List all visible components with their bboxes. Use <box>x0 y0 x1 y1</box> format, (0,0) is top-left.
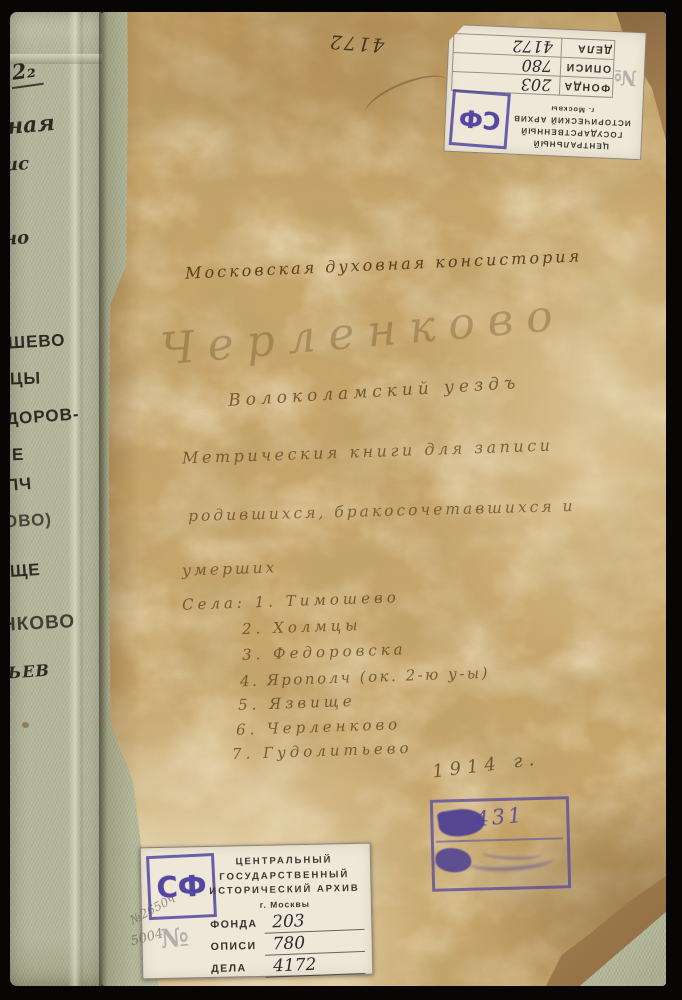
label-rows: ФОНДА 203 ОПИСИ 780 ДЕЛА 4172 <box>208 912 365 981</box>
spine-groove-shadow <box>99 12 108 986</box>
row-value: 4172 <box>454 35 561 55</box>
spine-village-fragment: ЬЕВ <box>10 661 51 683</box>
spine-script-fragment: ис <box>10 153 30 175</box>
row-label: ДЕЛА <box>209 959 265 978</box>
stamp-divider-line <box>436 837 563 842</box>
paper-marble-texture <box>102 12 666 986</box>
label-row: ОПИСИ 780 <box>209 934 365 956</box>
row-label: ФОНДА <box>559 77 613 97</box>
purple-box-stamp: 431 <box>430 796 571 892</box>
spine-village-fragment: Е <box>12 445 25 465</box>
inverted-file-number: 4172 <box>327 30 385 56</box>
row-value: 780 <box>264 933 365 956</box>
row-value: 780 <box>453 54 560 74</box>
number-sign: № <box>613 65 637 91</box>
stamp-handwritten-number: 431 <box>474 803 525 832</box>
book-spine: 2₂ ная ис но ШЕВО ЦЫ ДОРОВ- Е ПЧ ОВО) ЩЕ… <box>10 12 102 986</box>
row-label: ОПИСИ <box>209 937 265 956</box>
front-cover: 4172 Московская духовная консистория Чер… <box>102 12 666 986</box>
spine-village-fragment: НКОВО <box>10 611 76 637</box>
spine-village-fragment: ПЧ <box>10 474 33 496</box>
spine-script-fragment: но <box>10 227 30 250</box>
scanned-book-cover: 2₂ ная ис но ШЕВО ЦЫ ДОРОВ- Е ПЧ ОВО) ЩЕ… <box>0 0 682 1000</box>
spine-hinge-seam <box>68 12 84 986</box>
label-rows: ФОНДА 203 ОПИСИ 780 ДЕЛА 4172 <box>451 33 615 98</box>
spine-top-number-fragment: 2₂ <box>10 56 44 89</box>
spine-village-fragment: ЩЕ <box>10 560 41 582</box>
row-value: 203 <box>264 911 365 934</box>
archive-label-bottom: СФ ЦЕНТРАЛЬНЫЙ ГОСУДАРСТВЕННЫЙ ИСТОРИЧЕС… <box>140 843 374 980</box>
cover-paper <box>102 12 666 986</box>
archive-name-block: ЦЕНТРАЛЬНЫЙ ГОСУДАРСТВЕННЫЙ ИСТОРИЧЕСКИЙ… <box>503 100 641 153</box>
sf-stamp: СФ <box>449 89 511 149</box>
row-value: 4172 <box>265 955 366 978</box>
label-row: ФОНДА 203 <box>208 912 364 934</box>
spine-village-fragment: ЦЫ <box>10 368 41 389</box>
archive-name-block: ЦЕНТРАЛЬНЫЙ ГОСУДАРСТВЕННЫЙ ИСТОРИЧЕСКИЙ… <box>203 853 366 914</box>
spine-script-fragment: ная <box>10 110 56 140</box>
spine-village-fragment: ШЕВО <box>10 331 66 354</box>
spine-village-fragment: ОВО) <box>10 510 52 532</box>
row-label: ДЕЛА <box>561 39 615 59</box>
spine-stain-dot <box>22 722 29 728</box>
row-label: ФОНДА <box>208 915 264 934</box>
handwritten-record-line: умерших <box>182 558 278 579</box>
ink-blob <box>435 847 472 873</box>
archive-label-top: СФ ЦЕНТРАЛЬНЫЙ ГОСУДАРСТВЕННЫЙ ИСТОРИЧЕС… <box>443 24 646 161</box>
row-value: 203 <box>452 73 559 93</box>
label-row: ДЕЛА 4172 <box>209 956 365 978</box>
sf-stamp-text: СФ <box>458 104 501 135</box>
row-label: ОПИСИ <box>560 58 614 78</box>
